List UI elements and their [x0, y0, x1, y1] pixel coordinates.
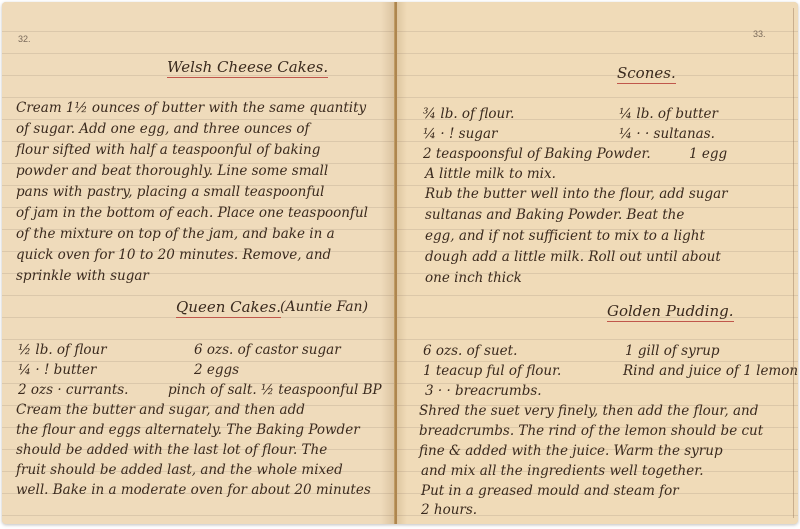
method-line: of jam in the bottom of each. Place one …: [16, 207, 368, 221]
left-page: 32. Welsh Cheese Cakes. Cream 1½ ounces …: [2, 2, 395, 524]
recipe-title-golden-pudding: Golden Pudding.: [607, 302, 734, 322]
ingredient: 2 ozs · currants.: [18, 384, 128, 398]
method-line: fine & added with the juice. Warm the sy…: [419, 445, 723, 459]
method-line: one inch thick: [425, 272, 522, 286]
ingredient: 6 ozs. of suet.: [423, 345, 517, 359]
ingredient: ¼ · · sultanas.: [619, 128, 715, 142]
method-line: pans with pastry, placing a small teaspo…: [16, 186, 324, 200]
method-line: the flour and eggs alternately. The Baki…: [16, 424, 360, 438]
recipe-subtitle: (Auntie Fan): [280, 299, 368, 315]
ingredient: A little milk to mix.: [425, 168, 556, 182]
recipe-title-scones: Scones.: [617, 64, 676, 84]
method-line: flour sifted with half a teaspoonful of …: [16, 144, 320, 158]
method-line: sultanas and Baking Powder. Beat the: [425, 209, 684, 223]
method-line: of the mixture on top of the jam, and ba…: [16, 228, 335, 242]
right-page: 33. Scones. ¾ lb. of flour. ¼ lb. of but…: [397, 2, 798, 524]
ingredient: 6 ozs. of castor sugar: [194, 344, 341, 358]
method-line: Shred the suet very finely, then add the…: [419, 405, 758, 419]
method-line: quick oven for 10 to 20 minutes. Remove,…: [16, 249, 331, 263]
recipe-title-welsh-cheese-cakes: Welsh Cheese Cakes.: [167, 58, 328, 78]
page-number: 33.: [753, 29, 766, 39]
method-line: dough add a little milk. Roll out until …: [425, 251, 721, 265]
ingredient: ¾ lb. of flour.: [423, 108, 514, 122]
ingredient: 1 gill of syrup: [625, 345, 720, 359]
method-line: egg, and if not sufficient to mix to a l…: [425, 230, 705, 244]
method-line: breadcrumbs. The rind of the lemon shoul…: [419, 425, 763, 439]
ingredient: Rind and juice of 1 lemon: [623, 365, 798, 379]
open-notebook: 32. Welsh Cheese Cakes. Cream 1½ ounces …: [2, 2, 798, 524]
ingredient: 1 teacup ful of flour.: [423, 365, 561, 379]
ingredient: ¼ · ! sugar: [423, 128, 497, 142]
method-line: Cream the butter and sugar, and then add: [16, 404, 305, 418]
ingredient: 2 eggs: [194, 364, 239, 378]
method-line: well. Bake in a moderate oven for about …: [16, 484, 371, 498]
ingredient: ½ lb. of flour: [18, 344, 107, 358]
method-line: and mix all the ingredients well togethe…: [421, 465, 704, 479]
method-line: should be added with the last lot of flo…: [16, 444, 327, 458]
page-number: 32.: [18, 34, 31, 44]
ingredient: pinch of salt. ½ teaspoonful BP: [168, 384, 382, 398]
method-line: 2 hours.: [421, 504, 477, 518]
ingredient: 2 teaspoonsful of Baking Powder.: [423, 148, 651, 162]
ingredient: 3 · · breacrumbs.: [425, 385, 542, 399]
method-line: sprinkle with sugar: [16, 270, 149, 284]
ingredient: 1 egg: [689, 148, 727, 162]
ingredient: ¼ · ! butter: [18, 364, 96, 378]
method-line: Rub the butter well into the flour, add …: [425, 188, 728, 202]
method-line: of sugar. Add one egg, and three ounces …: [16, 123, 310, 137]
recipe-title-queen-cakes: Queen Cakes.: [176, 298, 281, 318]
method-line: powder and beat thoroughly. Line some sm…: [16, 165, 328, 179]
method-line: Cream 1½ ounces of butter with the same …: [16, 102, 366, 116]
ingredient: ¼ lb. of butter: [619, 108, 718, 122]
method-line: fruit should be added last, and the whol…: [16, 464, 343, 478]
method-line: Put in a greased mould and steam for: [421, 485, 679, 499]
